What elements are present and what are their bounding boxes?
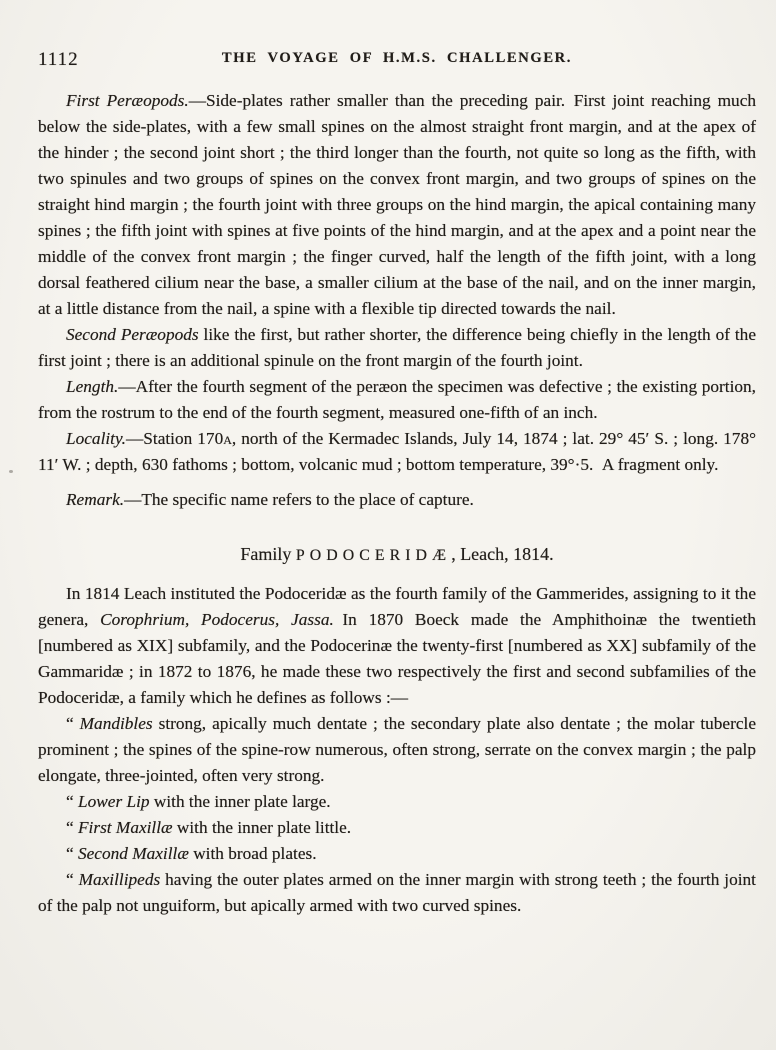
page-header: 1112 THE VOYAGE OF H.M.S. CHALLENGER. [38, 46, 756, 70]
page-body: First Peræopods.—Side-plates rather smal… [38, 88, 756, 919]
paragraph-first-maxillae: “ First Maxillæ with the inner plate lit… [38, 815, 756, 841]
paragraph-second-maxillae: “ Second Maxillæ with broad plates. [38, 841, 756, 867]
paragraph-family-history: In 1814 Leach instituted the Podoceridæ … [38, 581, 756, 711]
paragraph-second-peraeopods: Second Peræopods like the first, but rat… [38, 322, 756, 374]
paragraph-locality: Locality.—Station 170a, north of the Ker… [38, 426, 756, 478]
paragraph-length: Length.—After the fourth segment of the … [38, 374, 756, 426]
scan-speck [9, 470, 13, 473]
family-heading: Family PODOCERIDÆ, Leach, 1814. [38, 541, 756, 569]
paragraph-lower-lip: “ Lower Lip with the inner plate large. [38, 789, 756, 815]
paragraph-mandibles: “ Mandibles strong, apically much dentat… [38, 711, 756, 789]
running-title: THE VOYAGE OF H.M.S. CHALLENGER. [38, 46, 756, 70]
page-number: 1112 [38, 48, 79, 72]
paragraph-remark: Remark.—The specific name refers to the … [38, 487, 756, 513]
scanned-page: 1112 THE VOYAGE OF H.M.S. CHALLENGER. Fi… [0, 0, 776, 1050]
paragraph-first-peraeopods: First Peræopods.—Side-plates rather smal… [38, 88, 756, 322]
paragraph-maxillipeds: “ Maxillipeds having the outer plates ar… [38, 867, 756, 919]
